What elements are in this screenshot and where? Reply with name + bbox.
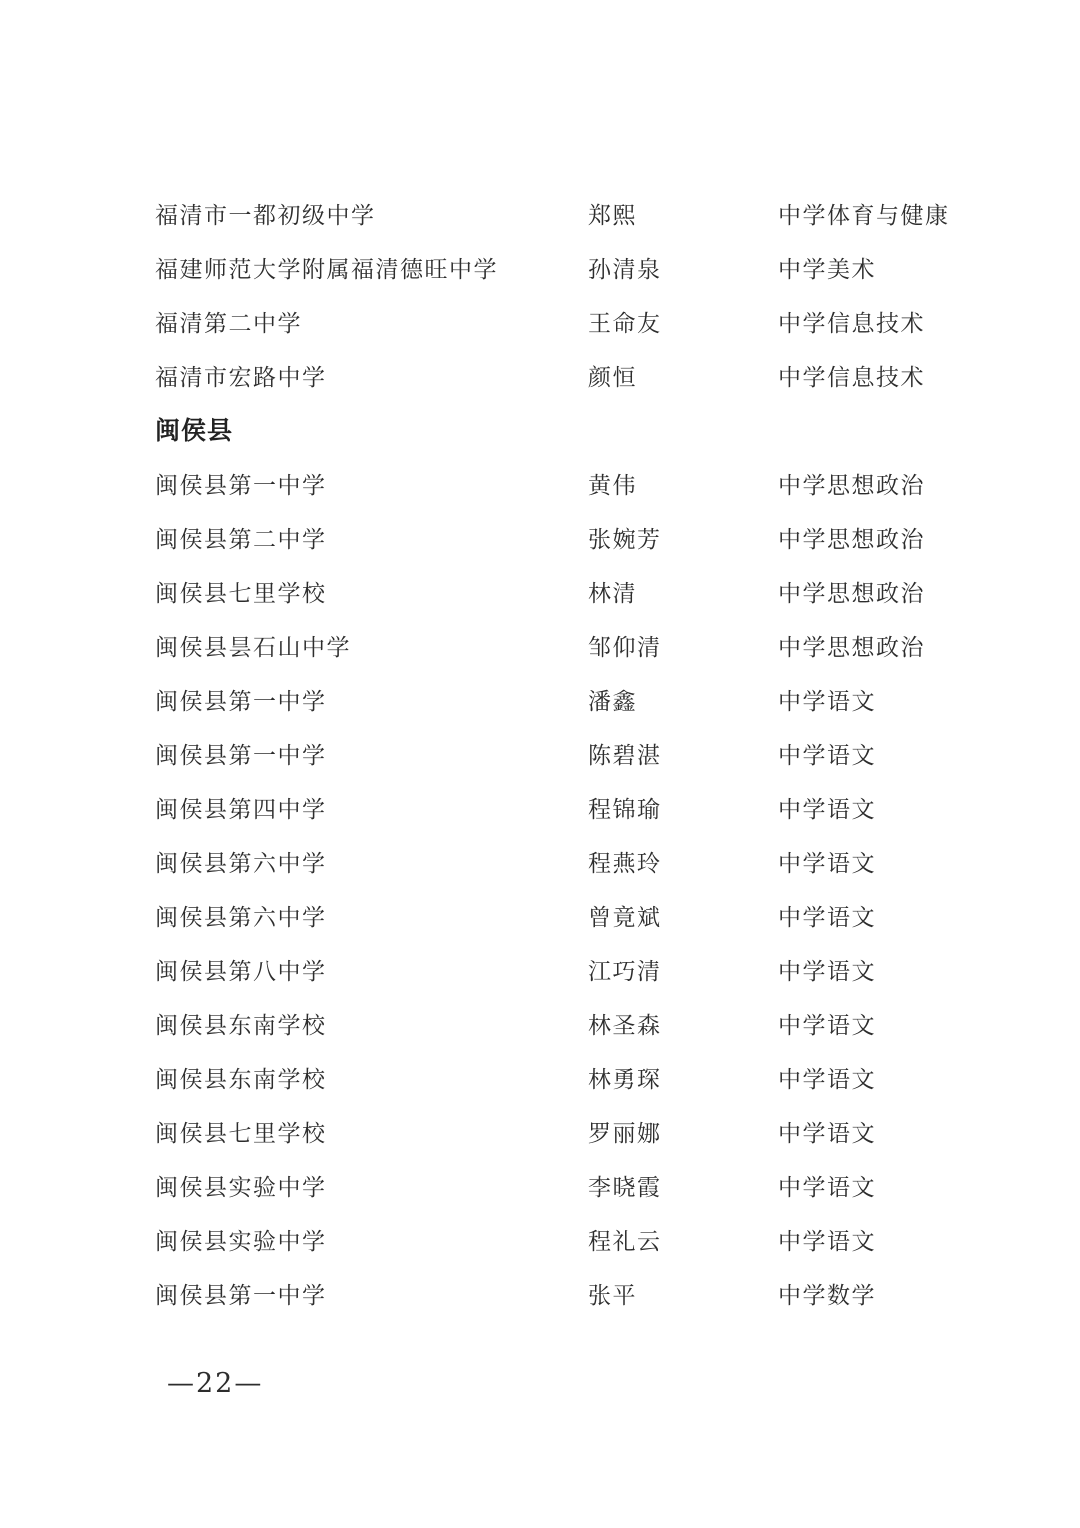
table-row: 闽侯县第六中学 曾竟斌 中学语文 [155,888,1010,942]
subject-cell: 中学数学 [778,1277,1010,1310]
teacher-name-cell: 程燕玲 [588,845,778,878]
table-row: 闽侯县实验中学 李晓霞 中学语文 [155,1158,1010,1212]
school-cell: 福清市宏路中学 [155,359,588,392]
school-cell: 闽侯县东南学校 [155,1061,588,1094]
school-cell: 福清第二中学 [155,305,588,338]
teacher-name-cell: 林清 [588,575,778,608]
school-cell: 闽侯县实验中学 [155,1223,588,1256]
table-row: 闽侯县第六中学 程燕玲 中学语文 [155,834,1010,888]
subject-cell: 中学语文 [778,791,1010,824]
teacher-name-cell: 林圣森 [588,1007,778,1040]
section-header-minhou-county: 闽侯县 [155,402,1010,456]
table-row: 闽侯县七里学校 罗丽娜 中学语文 [155,1104,1010,1158]
teacher-name-cell: 张平 [588,1277,778,1310]
teacher-name-cell: 程锦瑜 [588,791,778,824]
subject-cell: 中学语文 [778,899,1010,932]
subject-cell: 中学语文 [778,1223,1010,1256]
subject-cell: 中学思想政治 [778,467,1010,500]
school-cell: 闽侯县昙石山中学 [155,629,588,662]
subject-cell: 中学语文 [778,737,1010,770]
school-cell: 闽侯县实验中学 [155,1169,588,1202]
subject-cell: 中学体育与健康 [778,197,1010,230]
school-cell: 福清市一都初级中学 [155,197,588,230]
school-cell: 闽侯县第六中学 [155,899,588,932]
subject-cell: 中学语文 [778,953,1010,986]
table-row: 闽侯县东南学校 林勇琛 中学语文 [155,1050,1010,1104]
section-header-label: 闽侯县 [155,411,233,447]
teacher-name-cell: 郑熙 [588,197,778,230]
teacher-name-cell: 李晓霞 [588,1169,778,1202]
subject-cell: 中学语文 [778,683,1010,716]
page-number: —22— [167,1368,263,1399]
table-row: 闽侯县东南学校 林圣森 中学语文 [155,996,1010,1050]
table-row: 闽侯县实验中学 程礼云 中学语文 [155,1212,1010,1266]
table-row: 闽侯县第一中学 黄伟 中学思想政治 [155,456,1010,510]
school-cell: 闽侯县第八中学 [155,953,588,986]
school-cell: 闽侯县第二中学 [155,521,588,554]
subject-cell: 中学语文 [778,1169,1010,1202]
school-cell: 闽侯县第一中学 [155,467,588,500]
subject-cell: 中学语文 [778,1061,1010,1094]
subject-cell: 中学思想政治 [778,575,1010,608]
table-row: 福清市宏路中学 颜恒 中学信息技术 [155,348,1010,402]
school-cell: 闽侯县七里学校 [155,575,588,608]
school-cell: 闽侯县七里学校 [155,1115,588,1148]
teacher-name-cell: 颜恒 [588,359,778,392]
document-page: 福清市一都初级中学 郑熙 中学体育与健康 福建师范大学附属福清德旺中学 孙清泉 … [0,0,1080,1528]
teacher-name-cell: 曾竟斌 [588,899,778,932]
teacher-name-cell: 程礼云 [588,1223,778,1256]
subject-cell: 中学语文 [778,1007,1010,1040]
teacher-name-cell: 罗丽娜 [588,1115,778,1148]
table-row: 闽侯县第二中学 张婉芳 中学思想政治 [155,510,1010,564]
school-cell: 闽侯县第四中学 [155,791,588,824]
teacher-list-table: 福清市一都初级中学 郑熙 中学体育与健康 福建师范大学附属福清德旺中学 孙清泉 … [155,186,1010,1320]
school-cell: 闽侯县第一中学 [155,683,588,716]
table-row: 福清市一都初级中学 郑熙 中学体育与健康 [155,186,1010,240]
teacher-name-cell: 黄伟 [588,467,778,500]
school-cell: 福建师范大学附属福清德旺中学 [155,251,588,284]
subject-cell: 中学语文 [778,845,1010,878]
table-row: 福建师范大学附属福清德旺中学 孙清泉 中学美术 [155,240,1010,294]
table-row: 闽侯县第一中学 潘鑫 中学语文 [155,672,1010,726]
subject-cell: 中学思想政治 [778,629,1010,662]
table-row: 闽侯县昙石山中学 邹仰清 中学思想政治 [155,618,1010,672]
teacher-name-cell: 王命友 [588,305,778,338]
school-cell: 闽侯县第六中学 [155,845,588,878]
subject-cell: 中学信息技术 [778,305,1010,338]
school-cell: 闽侯县第一中学 [155,1277,588,1310]
subject-cell: 中学美术 [778,251,1010,284]
teacher-name-cell: 林勇琛 [588,1061,778,1094]
table-row: 闽侯县第一中学 陈碧湛 中学语文 [155,726,1010,780]
teacher-name-cell: 陈碧湛 [588,737,778,770]
teacher-name-cell: 张婉芳 [588,521,778,554]
table-row: 闽侯县第一中学 张平 中学数学 [155,1266,1010,1320]
subject-cell: 中学思想政治 [778,521,1010,554]
school-cell: 闽侯县东南学校 [155,1007,588,1040]
table-row: 闽侯县第四中学 程锦瑜 中学语文 [155,780,1010,834]
subject-cell: 中学信息技术 [778,359,1010,392]
table-row: 福清第二中学 王命友 中学信息技术 [155,294,1010,348]
teacher-name-cell: 潘鑫 [588,683,778,716]
school-cell: 闽侯县第一中学 [155,737,588,770]
subject-cell: 中学语文 [778,1115,1010,1148]
table-row: 闽侯县七里学校 林清 中学思想政治 [155,564,1010,618]
table-row: 闽侯县第八中学 江巧清 中学语文 [155,942,1010,996]
teacher-name-cell: 邹仰清 [588,629,778,662]
teacher-name-cell: 江巧清 [588,953,778,986]
teacher-name-cell: 孙清泉 [588,251,778,284]
